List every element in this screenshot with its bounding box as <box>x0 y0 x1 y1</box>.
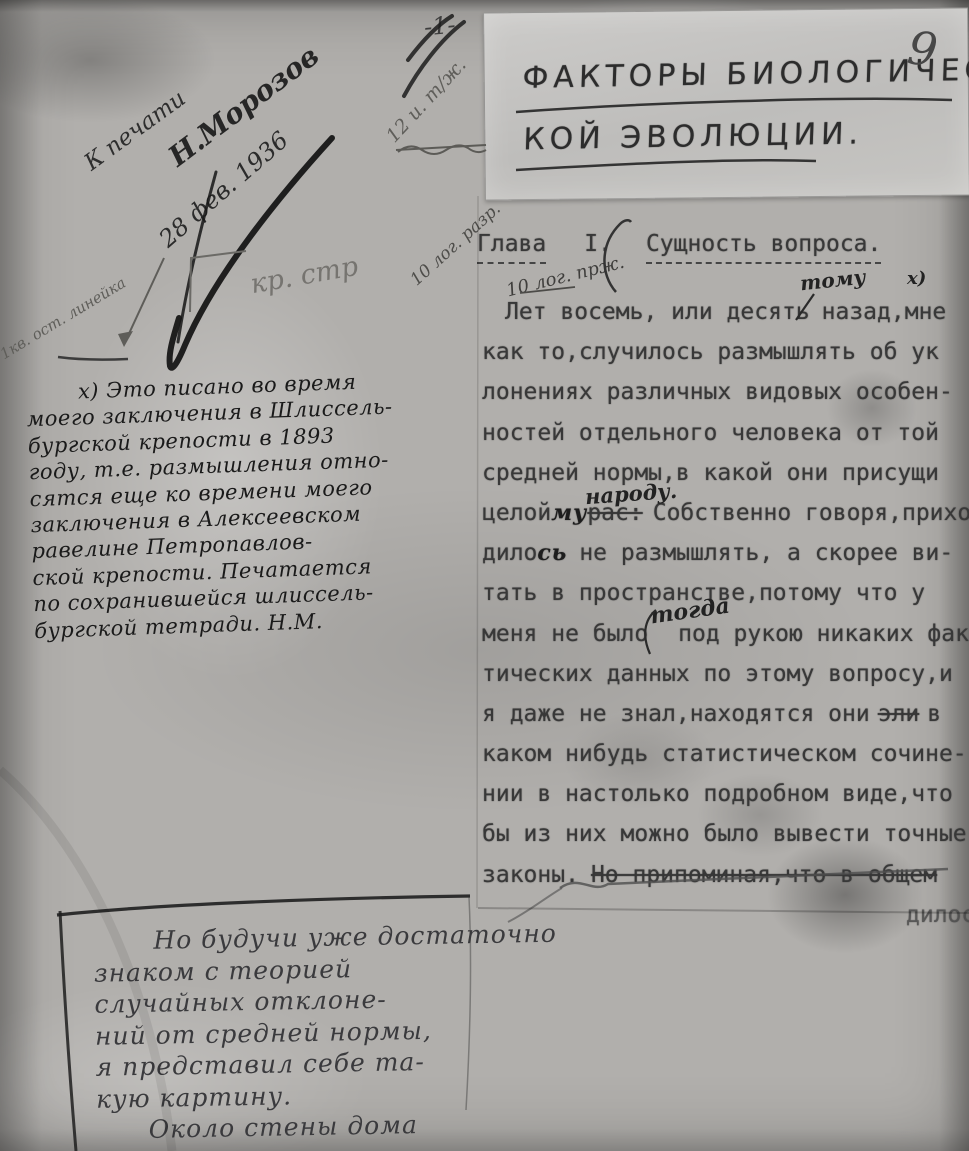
handwritten-footnote: х) Это писано во время моего заключения … <box>26 364 505 644</box>
document-title-line2: КОЙ ЭВОЛЮЦИИ. <box>523 116 864 157</box>
typed-line-4: ностей отдельного человека от той <box>482 413 969 453</box>
typed-line-5: средней нормы,в какой они присущи <box>482 453 969 493</box>
typed-line-2: как то,случилось размышлять об ук <box>482 332 969 372</box>
bottom-note-line: Около стены дома <box>96 1107 526 1146</box>
handwritten-correction-mu: му <box>551 500 587 526</box>
footnote-underline <box>58 357 128 360</box>
typed-line-12: каком нибудь статистическом сочине- <box>482 734 969 774</box>
typed-line-3: лонениях различных видовых особен- <box>482 372 969 412</box>
typed-line-10: тических данных по этому вопросу,и <box>482 654 969 694</box>
chapter-number: I. <box>584 231 612 257</box>
struck-word-eli: эли <box>878 701 920 727</box>
typed-line-7: дилосьне размышлять, а скорее ви- <box>482 533 969 573</box>
chapter-label: Глава <box>477 231 546 264</box>
scratch-line <box>396 145 486 150</box>
typed-line-1: Лет восемь, или десятьназад,мне <box>482 292 969 332</box>
struck-sentence: Но припоминая,что в общем <box>591 862 937 888</box>
scratched-word <box>398 145 486 154</box>
handwritten-correction-s: сь <box>537 540 567 566</box>
chapter-heading: ГлаваI.Сущность вопроса. <box>477 231 881 264</box>
typed-line-13: нии в настолько подробном виде,что <box>482 774 969 814</box>
title-slip: ФАКТОРЫ БИОЛОГИЧЕС- КОЙ ЭВОЛЮЦИИ. <box>483 7 969 200</box>
manuscript-page: ФАКТОРЫ БИОЛОГИЧЕС- КОЙ ЭВОЛЮЦИИ. 9 -1- … <box>0 0 969 1151</box>
document-title-line1: ФАКТОРЫ БИОЛОГИЧЕС- <box>522 52 969 95</box>
page-number-top: -1- <box>423 11 457 42</box>
note-box-left <box>60 911 76 1151</box>
chapter-title: Сущность вопроса. <box>646 231 881 264</box>
margin-ruler-note: 1кв. ост. линейка <box>0 274 129 363</box>
typed-line-6: целоймурас:Собственно говоря,прихо <box>482 493 969 533</box>
typed-line-14: бы из них можно было вывести точные <box>482 814 969 854</box>
footnote-mark-x: х) <box>907 268 926 289</box>
insertion-tomu: тому <box>799 265 867 296</box>
red-line-bracket <box>190 251 246 312</box>
red-line-note: кр. стр <box>248 251 360 300</box>
handwritten-bottom-note: Но будучи уже достаточно знаком с теорие… <box>93 918 527 1146</box>
type-size-note: 12 и. т/ж. <box>382 54 471 147</box>
typed-line-15: законы.Но припоминая,что в общем <box>482 855 969 895</box>
typed-line-9: меня не былопод рукою никаких фак <box>482 614 969 654</box>
pencil-arrowhead <box>118 331 133 347</box>
pencil-arrow <box>126 258 164 340</box>
typed-line-11: я даже не знал,находятся ониэлив <box>482 694 969 734</box>
note-box-top <box>57 896 470 915</box>
